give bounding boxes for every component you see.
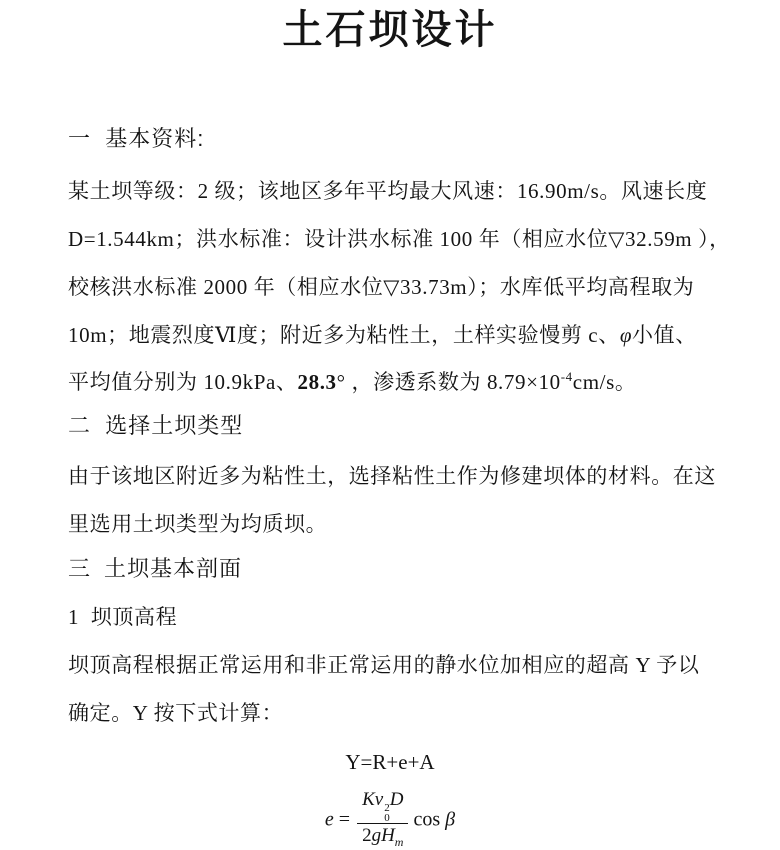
body-line: 由于该地区附近多为粘性土，选择粘性土作为修建坝体的材料。在这 xyxy=(68,461,722,491)
body-line: 确定。Y 按下式计算： xyxy=(68,698,722,728)
section-heading-2: 二 选择土坝类型 xyxy=(68,411,722,441)
text-run: 10m；地震烈度Ⅵ度；附近多为粘性土，土样实验慢剪 c、 xyxy=(68,323,620,347)
document-page: 土石坝设计 一 基本资料: 某土坝等级：2 级；该地区多年平均最大风速：16.9… xyxy=(0,0,780,850)
body-line: D=1.544km；洪水标准：设计洪水标准 100 年（相应水位▽32.59m … xyxy=(68,224,722,254)
body-line: 坝顶高程根据正常运用和非正常运用的静水位加相应的超高 Y 予以 xyxy=(68,650,722,680)
denominator-h: H xyxy=(381,825,395,846)
equals-sign: = xyxy=(334,809,355,831)
body-line: 里选用土坝类型为均质坝。 xyxy=(68,509,722,539)
document-title: 土石坝设计 xyxy=(0,4,780,56)
body-line: 平均值分别为 10.9kPa、28.3° ，渗透系数为 8.79×10-4cm/… xyxy=(68,367,722,397)
formula-crest-freeboard: Y=R+e+A xyxy=(0,748,780,776)
denominator-g: g xyxy=(372,825,382,846)
fraction: Kv20D2gHm xyxy=(357,788,408,848)
text-run: 小值、 xyxy=(632,323,697,347)
denominator-2: 2 xyxy=(362,825,372,846)
numerator-d: D xyxy=(390,789,404,810)
body-line: 某土坝等级：2 级；该地区多年平均最大风速：16.90m/s。风速长度 xyxy=(68,176,722,206)
numerator-kv: Kv xyxy=(362,789,383,810)
h-subscript: m xyxy=(395,835,404,849)
subsection-heading: 1 坝顶高程 xyxy=(68,602,722,632)
formula-wave-height: e = Kv20D2gHmcos β xyxy=(0,788,780,850)
text-run: cm/s。 xyxy=(573,370,637,394)
degree-symbol: ° xyxy=(337,370,346,394)
section-heading-1: 一 基本资料: xyxy=(68,124,722,154)
text-run: ，渗透系数为 8.79×10 xyxy=(346,370,561,394)
beta-symbol: β xyxy=(445,809,455,831)
bold-value: 28.3 xyxy=(298,370,337,394)
fraction-numerator: Kv20D xyxy=(357,788,408,824)
section-heading-3: 三 土坝基本剖面 xyxy=(68,554,722,584)
body-line: 校核洪水标准 2000 年（相应水位▽33.73m）；水库低平均高程取为 xyxy=(68,272,722,302)
v-subscript: 0 xyxy=(384,813,390,823)
formula-lhs: e xyxy=(325,809,334,831)
fraction-denominator: 2gHm xyxy=(357,824,408,848)
superscript-exponent: -4 xyxy=(561,369,573,384)
body-line: 10m；地震烈度Ⅵ度；附近多为粘性土，土样实验慢剪 c、φ小值、 xyxy=(68,320,722,350)
cos-operator: cos xyxy=(413,809,445,831)
phi-symbol: φ xyxy=(620,323,632,347)
text-run: 平均值分别为 10.9kPa、 xyxy=(68,370,298,394)
